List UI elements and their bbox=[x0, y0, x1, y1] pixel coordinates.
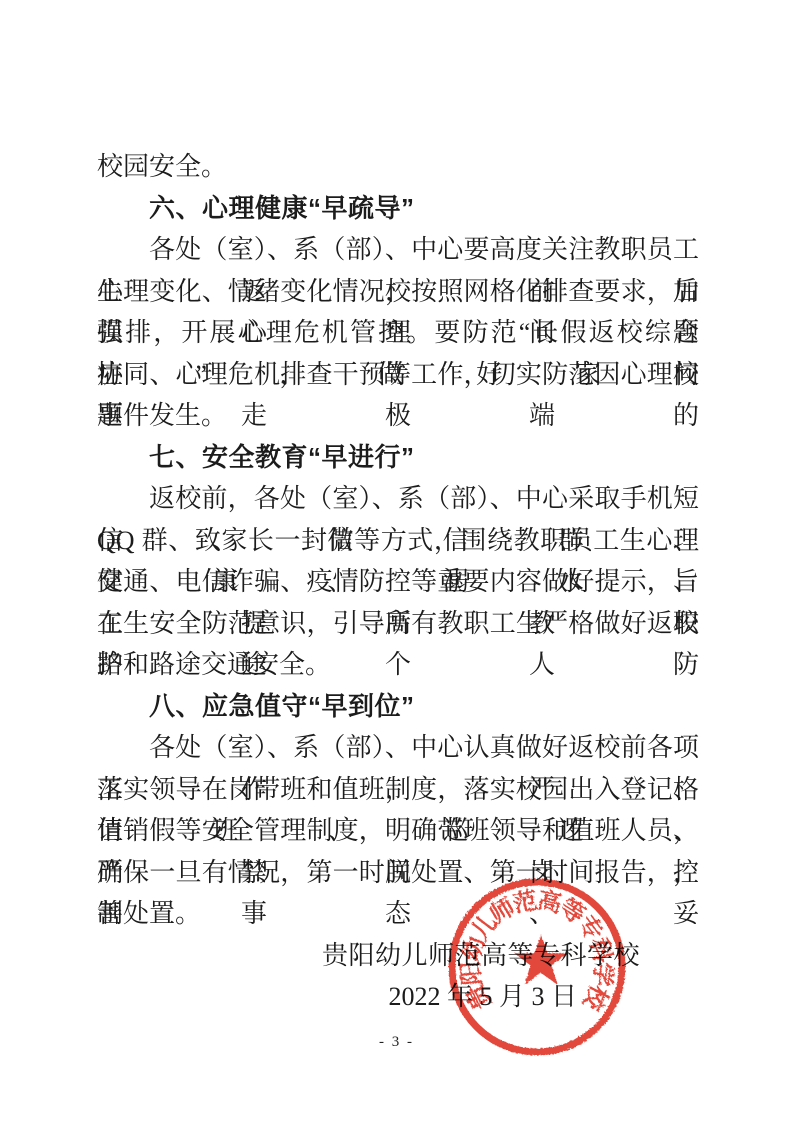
body-line: 心理变化、情绪变化情况，按照网格化排查要求，加强心理问题 bbox=[97, 271, 699, 313]
body-line: 返校前，各处（室）、系（部）、中心采取手机短信、微信群、 bbox=[97, 478, 699, 520]
body-line: 交通、电信诈骗、疫情防控等重要内容做好提示，旨在提高教职 bbox=[97, 561, 699, 603]
body-line: QQ 群、致家长一封信等方式，围绕教职员工生心理健康、溺水、 bbox=[97, 520, 699, 562]
body-line: 落实领导在岗带班和值班制度，落实校园出入登记、值班、巡逻、 bbox=[97, 769, 699, 811]
body-line: 摸排，开展心理危机管控。要防范“长假返校综合症”，做好家校 bbox=[97, 312, 699, 354]
section-heading-7: 七、安全教育“早进行” bbox=[97, 437, 699, 479]
page-number: - 3 - bbox=[0, 1034, 793, 1051]
document-body: 校园安全。 六、心理健康“早疏导” 各处（室）、系（部）、中心要高度关注教职员工… bbox=[97, 146, 699, 1018]
section-heading-8: 八、应急值守“早到位” bbox=[97, 686, 699, 728]
body-line: 工生安全防范意识，引导所有教职工生严格做好返校路途个人防 bbox=[97, 603, 699, 645]
body-line: 请销假等安全管理制度，明确带班领导和值班人员，严禁脱岗， bbox=[97, 810, 699, 852]
body-line: 各处（室）、系（部）、中心认真做好返校前各项工作，严格 bbox=[97, 727, 699, 769]
body-line: 确保一旦有情况，第一时间处置、第一时间报告，控制事态、妥 bbox=[97, 852, 699, 894]
body-line: 协同、心理危机排查干预等工作，切实防范因心理问题走极端的 bbox=[97, 354, 699, 396]
section-heading-6: 六、心理健康“早疏导” bbox=[97, 188, 699, 230]
body-line: 校园安全。 bbox=[97, 146, 699, 188]
body-line: 各处（室）、系（部）、中心要高度关注教职员工生返校前后 bbox=[97, 229, 699, 271]
signature-date: 2022 年 5 月 3 日 bbox=[97, 976, 699, 1018]
document-page: 校园安全。 六、心理健康“早疏导” 各处（室）、系（部）、中心要高度关注教职员工… bbox=[0, 0, 793, 1122]
signature-school-name: 贵阳幼儿师范高等专科学校 bbox=[97, 935, 699, 977]
